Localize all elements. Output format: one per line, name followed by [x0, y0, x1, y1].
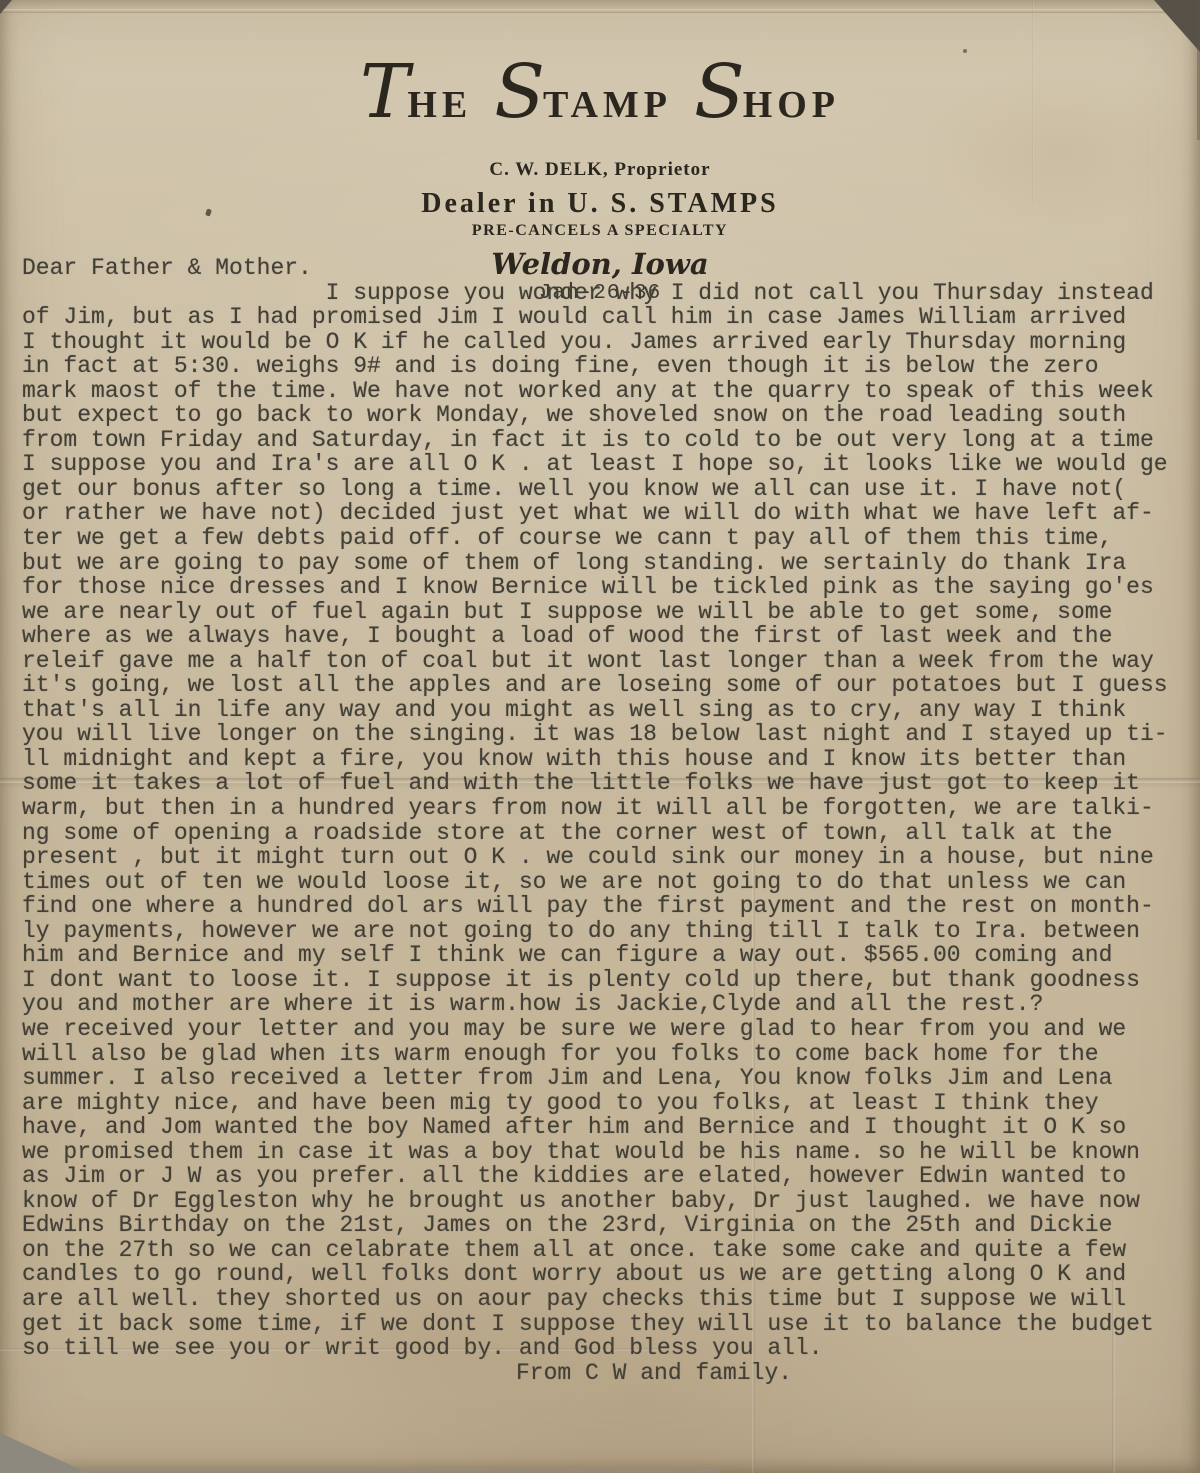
- letter-line: I dont want to loose it. I suppose it is…: [22, 968, 1200, 993]
- letter-line: candles to go round, well folks dont wor…: [22, 1262, 1200, 1287]
- letter-line: we promised them in case it was a boy th…: [22, 1140, 1200, 1165]
- letter-line: ng some of opening a roadside store at t…: [22, 821, 1200, 846]
- letter-body: Dear Father & Mother. I suppose you wond…: [22, 256, 1200, 1385]
- letter-line: are mighty nice, and have been mig ty go…: [22, 1091, 1200, 1116]
- letter-line: warm, but then in a hundred years from n…: [22, 796, 1200, 821]
- letter-line: ter we get a few debts paid off. of cour…: [22, 526, 1200, 551]
- letter-line: mark maost of the time. We have not work…: [22, 379, 1200, 404]
- title-caps-hop: HOP: [743, 84, 840, 126]
- letter-line: from town Friday and Saturday, in fact i…: [22, 428, 1200, 453]
- letter-line: but expect to go back to work Monday, we…: [22, 403, 1200, 428]
- letter-line: so till we see you or writ good by. and …: [22, 1336, 1200, 1361]
- dot-speck: [963, 49, 967, 53]
- letter-line: releif gave me a half ton of coal but it…: [22, 649, 1200, 674]
- body-lines: I suppose you wonder why I did not call …: [22, 281, 1200, 1361]
- letter-line: ly payments, however we are not going to…: [22, 919, 1200, 944]
- title-initial-T: T: [360, 49, 407, 135]
- letter-line: get it back some time, if we dont I supp…: [22, 1312, 1200, 1337]
- letter-line: in fact at 5:30. weighs 9# and is doing …: [22, 354, 1200, 379]
- letter-line: him and Bernice and my self I think we c…: [22, 943, 1200, 968]
- specialty-line: PRE-CANCELS A SPECIALTY: [0, 222, 1200, 240]
- letter-line: that's all in life any way and you might…: [22, 698, 1200, 723]
- letter-line: where as we always have, I bought a load…: [22, 624, 1200, 649]
- letter-line: on the 27th so we can celabrate them all…: [22, 1238, 1200, 1263]
- letter-line: Edwins Birthday on the 21st, James on th…: [22, 1213, 1200, 1238]
- letter-line: some it takes a lot of fuel and with the…: [22, 771, 1200, 796]
- letter-line: I thought it would be O K if he called y…: [22, 330, 1200, 355]
- letter-line: we received your letter and you may be s…: [22, 1017, 1200, 1042]
- letter-line: have, and Jom wanted the boy Named after…: [22, 1115, 1200, 1140]
- letter-line: but we are going to pay some of them of …: [22, 551, 1200, 576]
- letter-line: get our bonus after so long a time. well…: [22, 477, 1200, 502]
- letter-line: present , but it might turn out O K . we…: [22, 845, 1200, 870]
- letter-line: as Jim or J W as you prefer. all the kid…: [22, 1164, 1200, 1189]
- letter-line: you and mother are where it is warm.how …: [22, 992, 1200, 1017]
- letter-line: you will live longer on the singing. it …: [22, 722, 1200, 747]
- salutation-line: Dear Father & Mother.: [22, 256, 1200, 281]
- shop-title: THESTAMPSHOP: [0, 50, 1200, 155]
- scanned-letter: THESTAMPSHOP C. W. DELK, Proprietor Deal…: [0, 0, 1200, 1473]
- letter-line: we are nearly out of fuel again but I su…: [22, 600, 1200, 625]
- paper-edge-bottom: [80, 1469, 720, 1473]
- proprietor-line: C. W. DELK, Proprietor: [0, 159, 1200, 181]
- title-initial-S2: S: [694, 49, 743, 135]
- letter-line: of Jim, but as I had promised Jim I woul…: [22, 305, 1200, 330]
- letter-line: will also be glad when its warm enough f…: [22, 1042, 1200, 1067]
- letter-line: or rather we have not) decided just yet …: [22, 501, 1200, 526]
- signature-line: From C W and family.: [22, 1361, 1200, 1386]
- letter-line: for those nice dresses and I know Bernic…: [22, 575, 1200, 600]
- title-caps-tamp: TAMP: [543, 84, 672, 126]
- letter-line: times out of ten we would loose it, so w…: [22, 870, 1200, 895]
- dealer-line: Dealer in U. S. STAMPS: [0, 188, 1200, 220]
- letter-line: ll midnight and kept a fire, you know wi…: [22, 747, 1200, 772]
- letter-line: I suppose you and Ira's are all O K . at…: [22, 452, 1200, 477]
- letter-line: find one where a hundred dol ars will pa…: [22, 894, 1200, 919]
- title-caps-he: HE: [407, 84, 472, 126]
- letter-line: are all well. they shorted us on aour pa…: [22, 1287, 1200, 1312]
- letter-line: know of Dr Eggleston why he brought us a…: [22, 1189, 1200, 1214]
- letter-line: summer. I also received a letter from Ji…: [22, 1066, 1200, 1091]
- title-initial-S1: S: [494, 49, 543, 135]
- letter-line: it's going, we lost all the apples and a…: [22, 673, 1200, 698]
- letter-line: I suppose you wonder why I did not call …: [22, 281, 1200, 306]
